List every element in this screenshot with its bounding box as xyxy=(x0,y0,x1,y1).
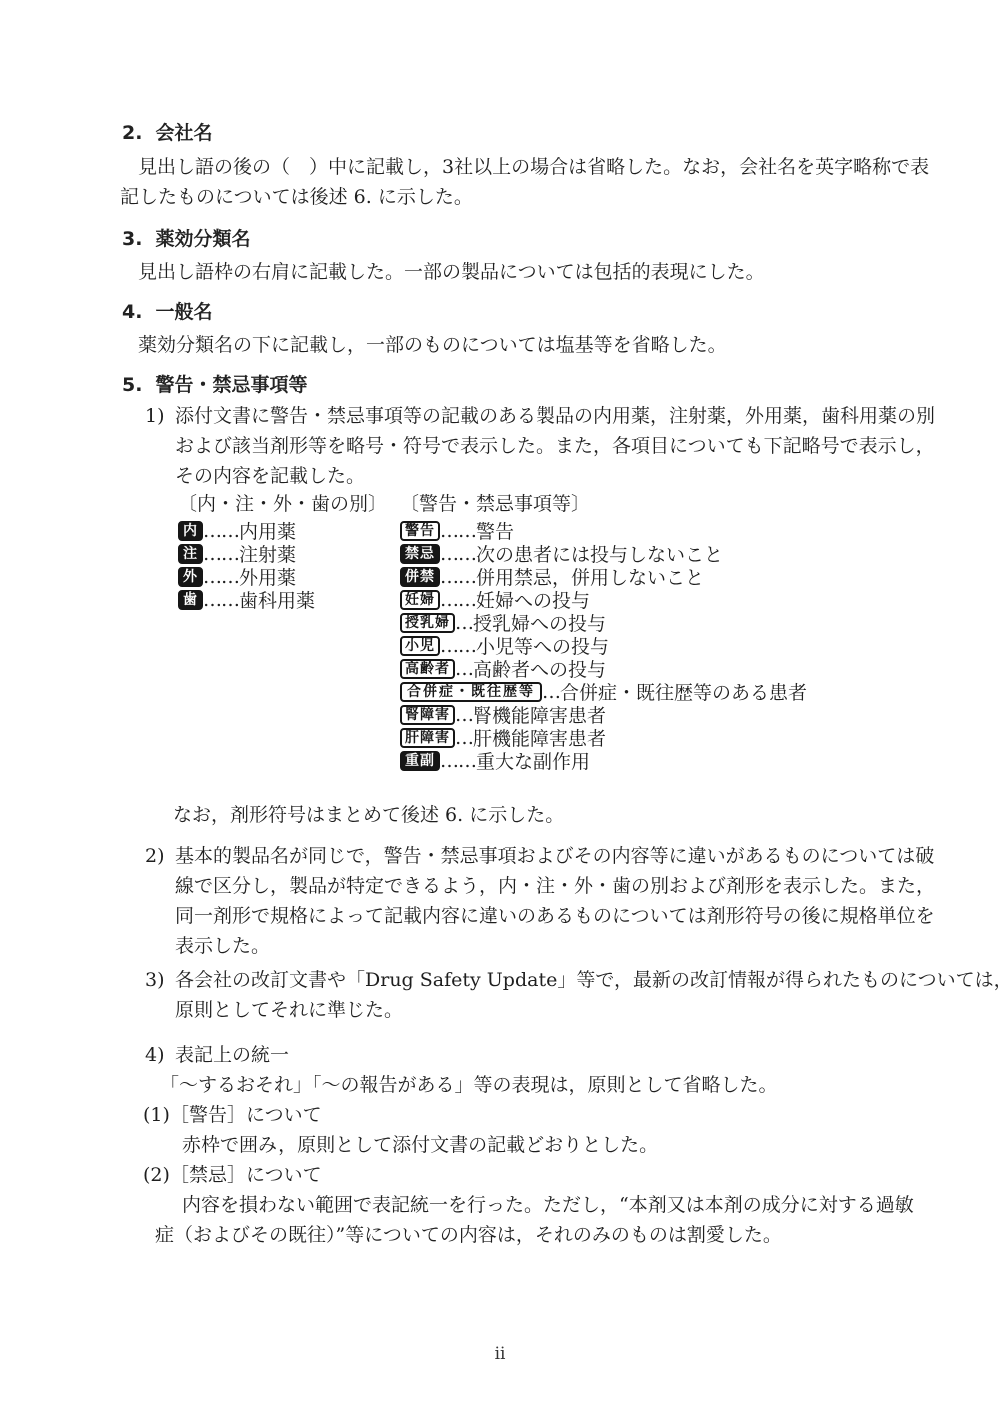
badge-dental: 歯 xyxy=(178,590,203,610)
legend-item: 腎障害 … 腎機能障害患者 xyxy=(400,703,910,726)
section-4-paragraph: 薬効分類名の下に記載し，一部のものについては塩基等を省略した。 xyxy=(120,330,910,360)
sub-item-heading: ［禁忌］について xyxy=(170,1160,910,1190)
item-4: 4) 表記上の統一 xyxy=(120,1040,910,1070)
text-line: 同一剤形で規格によって記載内容に違いのあるものについては剤形符号の後に規格単位を xyxy=(175,901,910,931)
dot-leader: … xyxy=(542,681,560,703)
text-line: および該当剤形等を略号・符号で表示した。また，各項目についても下記略号で表示し， xyxy=(175,431,910,461)
legend-item: 内 …… 内用薬 xyxy=(178,519,400,542)
text-line: 線で区分し，製品が特定できるよう，内・注・外・歯の別および剤形を表示した。また， xyxy=(175,871,910,901)
item-number: 1) xyxy=(145,401,165,431)
dot-leader: …… xyxy=(203,520,239,542)
text-line: 内容を損わない範囲で表記統一を行った。ただし，“本剤又は本剤の成分に対する過敏 xyxy=(120,1190,910,1220)
sub-item-number: (1) xyxy=(143,1100,170,1130)
legend-item: 歯 …… 歯科用薬 xyxy=(178,588,400,611)
dot-leader: …… xyxy=(440,750,476,772)
legend-column-warnings: 〔警告・禁忌事項等〕 警告 …… 警告 禁忌 …… 次の患者には投与しないこと … xyxy=(400,491,910,772)
item-number: 2) xyxy=(145,841,165,871)
text-line: 基本的製品名が同じで，警告・禁忌事項およびその内容等に違いがあるものについては破 xyxy=(175,841,910,871)
legend-header-right: 〔警告・禁忌事項等〕 xyxy=(400,491,910,517)
badge-injection: 注 xyxy=(178,544,203,564)
legend-column-dosage-route: 〔内・注・外・歯の別〕 内 …… 内用薬 注 …… 注射薬 外 …… 外用薬 xyxy=(178,491,400,772)
item-4-heading: 表記上の統一 xyxy=(175,1040,910,1070)
page-content: 2. 会社名 見出し語の後の（ ）中に記載し，3社以上の場合は省略した。なお，会… xyxy=(120,112,910,1250)
legend-item: 警告 …… 警告 xyxy=(400,519,910,542)
badge-oral: 内 xyxy=(178,521,203,541)
sub-item-2: (2) ［禁忌］について xyxy=(120,1160,910,1190)
item-2: 2) 基本的製品名が同じで，警告・禁忌事項およびその内容等に違いがあるものについ… xyxy=(120,841,910,961)
badge-hepatic-impairment: 肝障害 xyxy=(400,728,455,748)
text-line: 原則としてそれに準じた。 xyxy=(175,995,910,1025)
text-line: 各会社の改訂文書や「Drug Safety Update」等で，最新の改訂情報が… xyxy=(175,965,910,995)
badge-serious-adverse-reaction: 重副 xyxy=(400,751,440,771)
dot-leader: …… xyxy=(203,566,239,588)
section-4-title: 4. 一般名 xyxy=(122,299,910,325)
section-title-text: 薬効分類名 xyxy=(155,226,250,252)
section-2-paragraph: 見出し語の後の（ ）中に記載し，3社以上の場合は省略した。なお，会社名を英字略称… xyxy=(120,152,910,212)
legend-item: 併禁 …… 併用禁忌，併用しないこと xyxy=(400,565,910,588)
legend-item: 妊婦 …… 妊婦への投与 xyxy=(400,588,910,611)
sub-item-1: (1) ［警告］について xyxy=(120,1100,910,1130)
legend-item: 注 …… 注射薬 xyxy=(178,542,400,565)
dot-leader: …… xyxy=(440,589,476,611)
dot-leader: … xyxy=(455,704,473,726)
legend-desc: 重大な副作用 xyxy=(476,747,590,774)
item-number: 3) xyxy=(145,965,165,995)
badge-renal-impairment: 腎障害 xyxy=(400,705,455,725)
dot-leader: …… xyxy=(440,635,476,657)
legend-item: 合併症・既往歴等 … 合併症・既往歴等のある患者 xyxy=(400,680,910,703)
dot-leader: … xyxy=(455,658,473,680)
document-page: 2. 会社名 見出し語の後の（ ）中に記載し，3社以上の場合は省略した。なお，会… xyxy=(0,0,1000,1411)
text-line: 添付文書に警告・禁忌事項等の記載のある製品の内用薬，注射薬，外用薬，歯科用薬の別 xyxy=(175,401,910,431)
legend-item: 禁忌 …… 次の患者には投与しないこと xyxy=(400,542,910,565)
badge-pregnancy: 妊婦 xyxy=(400,590,440,610)
section-3-title: 3. 薬効分類名 xyxy=(122,226,910,252)
text-line: 記したものについては後述 6. に示した。 xyxy=(120,182,910,212)
text-line: 見出し語の後の（ ）中に記載し，3社以上の場合は省略した。なお，会社名を英字略称… xyxy=(120,152,910,182)
text-line: 赤枠で囲み，原則として添付文書の記載どおりとした。 xyxy=(120,1130,910,1160)
badge-concomitant-contraindication: 併禁 xyxy=(400,567,440,587)
badge-elderly: 高齢者 xyxy=(400,659,455,679)
section-3-paragraph: 見出し語枠の右肩に記載した。一部の製品については包括的表現にした。 xyxy=(120,257,910,287)
text-line: 「〜するおそれ」「〜の報告がある」等の表現は，原則として省略した。 xyxy=(120,1070,910,1100)
item-1: 1) 添付文書に警告・禁忌事項等の記載のある製品の内用薬，注射薬，外用薬，歯科用… xyxy=(120,401,910,491)
badge-lactation: 授乳婦 xyxy=(400,613,455,633)
dot-leader: …… xyxy=(440,566,476,588)
legend-item: 重副 …… 重大な副作用 xyxy=(400,749,910,772)
dot-leader: …… xyxy=(203,543,239,565)
badge-complications-history: 合併症・既往歴等 xyxy=(400,682,542,702)
legend-item: 小児 …… 小児等への投与 xyxy=(400,634,910,657)
text-line: 見出し語枠の右肩に記載した。一部の製品については包括的表現にした。 xyxy=(120,257,910,287)
abbreviation-legend: 〔内・注・外・歯の別〕 内 …… 内用薬 注 …… 注射薬 外 …… 外用薬 xyxy=(178,491,910,772)
section-5-title: 5. 警告・禁忌事項等 xyxy=(122,372,910,398)
legend-desc: 歯科用薬 xyxy=(239,586,315,613)
text-line: その内容を記載した。 xyxy=(175,461,910,491)
legend-header-left: 〔内・注・外・歯の別〕 xyxy=(178,491,400,517)
section-title-text: 警告・禁忌事項等 xyxy=(155,372,307,398)
badge-pediatric: 小児 xyxy=(400,636,440,656)
legend-item: 高齢者 … 高齢者への投与 xyxy=(400,657,910,680)
section-title-text: 会社名 xyxy=(155,120,212,146)
section-2-title: 2. 会社名 xyxy=(122,120,910,146)
dot-leader: … xyxy=(455,727,473,749)
legend-item: 授乳婦 … 授乳婦への投与 xyxy=(400,611,910,634)
legend-item: 肝障害 … 肝機能障害患者 xyxy=(400,726,910,749)
badge-warning: 警告 xyxy=(400,521,440,541)
dot-leader: …… xyxy=(203,589,239,611)
note-line: なお，剤形符号はまとめて後述 6. に示した。 xyxy=(173,800,910,830)
text-line: 薬効分類名の下に記載し，一部のものについては塩基等を省略した。 xyxy=(120,330,910,360)
badge-topical: 外 xyxy=(178,567,203,587)
sub-item-heading: ［警告］について xyxy=(170,1100,910,1130)
dot-leader: …… xyxy=(440,543,476,565)
sub-item-number: (2) xyxy=(143,1160,170,1190)
section-number: 4. xyxy=(122,299,142,325)
text-line: 表示した。 xyxy=(175,931,910,961)
text-line: 症（およびその既往）”等についての内容は，それのみのものは割愛した。 xyxy=(120,1220,910,1250)
section-number: 3. xyxy=(122,226,142,252)
badge-contraindication: 禁忌 xyxy=(400,544,440,564)
dot-leader: …… xyxy=(440,520,476,542)
dot-leader: … xyxy=(455,612,473,634)
page-number: ii xyxy=(0,1344,1000,1364)
legend-item: 外 …… 外用薬 xyxy=(178,565,400,588)
section-title-text: 一般名 xyxy=(155,299,212,325)
item-3: 3) 各会社の改訂文書や「Drug Safety Update」等で，最新の改訂… xyxy=(120,965,910,1025)
item-number: 4) xyxy=(145,1040,165,1070)
section-number: 2. xyxy=(122,120,142,146)
section-number: 5. xyxy=(122,372,142,398)
